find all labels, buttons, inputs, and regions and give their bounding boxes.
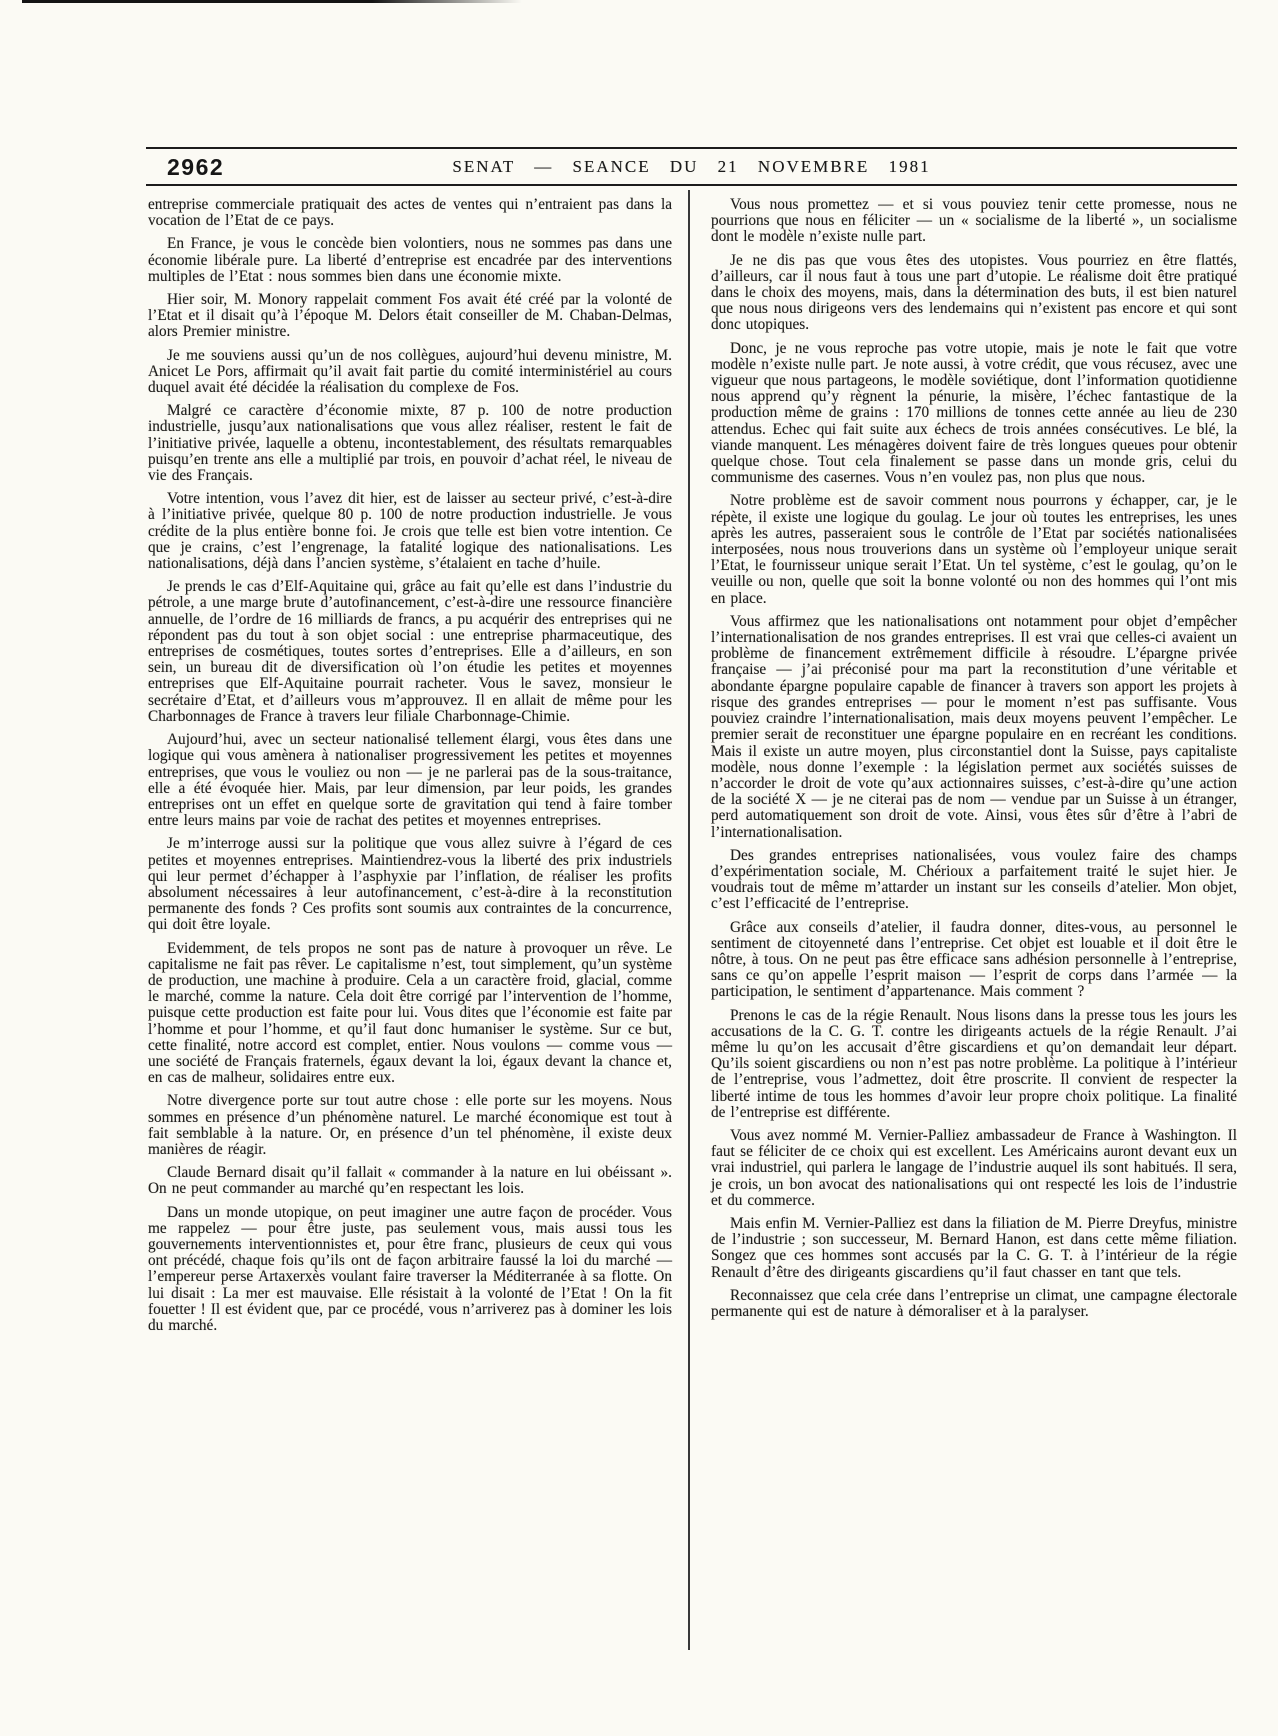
paragraph: Hier soir, M. Monory rappelait comment F… [148, 292, 672, 341]
paragraph: Je ne dis pas que vous êtes des utopiste… [711, 253, 1237, 334]
paragraph: Dans un monde utopique, on peut imaginer… [148, 1205, 672, 1335]
paragraph: Je prends le cas d’Elf-Aquitaine qui, gr… [148, 579, 672, 725]
header-title: SENAT — SEANCE DU 21 NOVEMBRE 1981 [146, 157, 1237, 177]
paragraph: Notre problème est de savoir comment nou… [711, 493, 1237, 606]
paragraph: Votre intention, vous l’avez dit hier, e… [148, 491, 672, 572]
paragraph: Mais enfin M. Vernier-Palliez est dans l… [711, 1216, 1237, 1281]
right-column: Vous nous promettez — et si vous pouviez… [711, 197, 1237, 1327]
paragraph: entreprise commerciale pratiquait des ac… [148, 197, 672, 229]
paragraph: Je me souviens aussi qu’un de nos collèg… [148, 348, 672, 397]
document-page: 2962 SENAT — SEANCE DU 21 NOVEMBRE 1981 … [0, 0, 1278, 1736]
paragraph: Je m’interroge aussi sur la politique qu… [148, 836, 672, 933]
paragraph: Des grandes entreprises nationalisées, v… [711, 848, 1237, 913]
paragraph: Vous affirmez que les nationalisations o… [711, 614, 1237, 841]
paragraph: Aujourd’hui, avec un secteur nationalisé… [148, 732, 672, 829]
left-column: entreprise commerciale pratiquait des ac… [148, 197, 672, 1341]
header-rule-bottom [146, 184, 1237, 186]
paragraph: Evidemment, de tels propos ne sont pas d… [148, 941, 672, 1087]
paragraph: Claude Bernard disait qu’il fallait « co… [148, 1165, 672, 1197]
paragraph: Prenons le cas de la régie Renault. Nous… [711, 1008, 1237, 1121]
paragraph: En France, je vous le concède bien volon… [148, 236, 672, 285]
paragraph: Donc, je ne vous reproche pas votre utop… [711, 341, 1237, 487]
header-rule-top [146, 147, 1237, 149]
column-divider [688, 190, 690, 1650]
paragraph: Vous avez nommé M. Vernier-Palliez ambas… [711, 1128, 1237, 1209]
paragraph: Reconnaissez que cela crée dans l’entrep… [711, 1288, 1237, 1320]
paragraph: Grâce aux conseils d’atelier, il faudra … [711, 920, 1237, 1001]
scan-edge-artifact [22, 0, 522, 3]
paragraph: Notre divergence porte sur tout autre ch… [148, 1093, 672, 1158]
paragraph: Malgré ce caractère d’économie mixte, 87… [148, 403, 672, 484]
paragraph: Vous nous promettez — et si vous pouviez… [711, 197, 1237, 246]
